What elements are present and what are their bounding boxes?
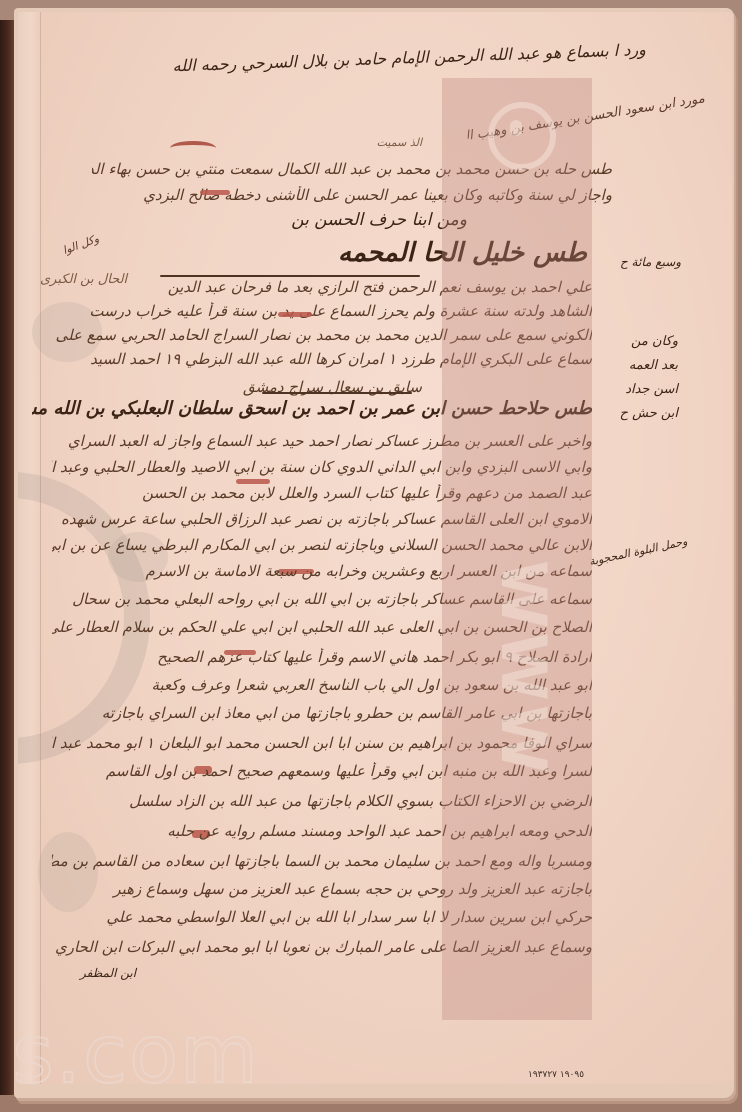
right-margin-note: وسبع مائة ح — [620, 255, 681, 269]
text-line: ومن ابنا حرف الحسن بن — [291, 210, 467, 230]
book-spine — [0, 20, 14, 1095]
watermark-logo-icon — [488, 102, 556, 170]
stain-blot — [38, 832, 98, 912]
red-ink-mark — [278, 312, 312, 317]
heading-rule — [262, 392, 412, 394]
watermark-bottom-text: s.com — [12, 1015, 260, 1095]
heading-rule — [160, 275, 420, 277]
red-ink-mark — [200, 190, 230, 195]
page-edge-stamp: ١٩٠٩٥ ١٩٣٧٢٧ — [528, 1070, 584, 1080]
red-rubric-arc — [170, 141, 216, 155]
watermark-vertical-text: WWW — [500, 560, 560, 1020]
footer-note: ابن المظفر — [80, 966, 136, 980]
left-margin-note-2: الحال بن الكبرى — [40, 272, 127, 287]
interlinear-note: الذ سميت — [377, 136, 422, 149]
right-margin-note: وكان من بعد العمه اسن جداد ابن حش ح — [612, 330, 678, 426]
